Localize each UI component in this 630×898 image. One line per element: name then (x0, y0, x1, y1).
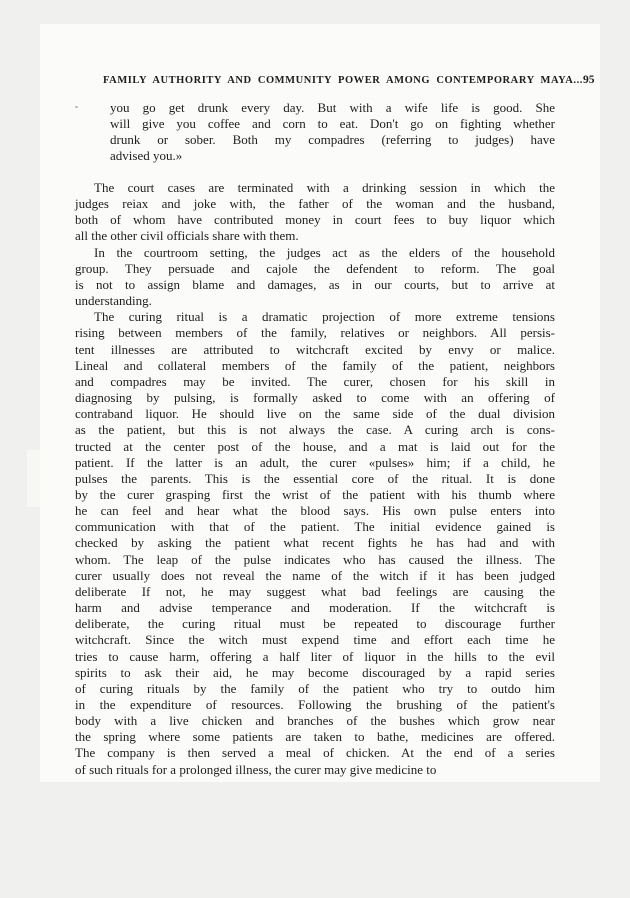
text-line: deliberate If not, he may suggest what b… (75, 584, 555, 600)
text-line: you go get drunk every day. But with a w… (110, 100, 555, 116)
text-line: witchcraft. Since the witch must expend … (75, 632, 555, 648)
text-line: communication with that of the patient. … (75, 519, 555, 535)
text-line: harm and advise temperance and moderatio… (75, 600, 555, 616)
text-line: is not to assign blame and damages, as i… (75, 277, 555, 293)
text-line: The court cases are terminated with a dr… (75, 180, 555, 196)
speckle-artifact (75, 106, 78, 108)
text-line: In the courtroom setting, the judges act… (75, 245, 555, 261)
text-line: judges reiax and joke with, the father o… (75, 196, 555, 212)
text-line: tent illnesses are attributed to witchcr… (75, 342, 555, 358)
text-line: The curing ritual is a dramatic projecti… (75, 309, 555, 325)
text-line: drunk or sober. Both my compadres (refer… (110, 132, 555, 148)
text-line: diagnosing by pulsing, is formally asked… (75, 390, 555, 406)
running-header: FAMILY AUTHORITY AND COMMUNITY POWER AMO… (103, 74, 555, 86)
text-line: group. They persuade and cajole the defe… (75, 261, 555, 277)
scan-background: FAMILY AUTHORITY AND COMMUNITY POWER AMO… (0, 0, 630, 898)
body-text: The court cases are terminated with a dr… (75, 180, 555, 778)
text-line: rising between members of the family, re… (75, 325, 555, 341)
header-title: FAMILY AUTHORITY AND COMMUNITY POWER AMO… (103, 75, 583, 86)
text-line: all the other civil officials share with… (75, 228, 555, 244)
text-line: as the patient, but this is not always t… (75, 422, 555, 438)
text-line: and compadres may be invited. The curer,… (75, 374, 555, 390)
text-line: understanding. (75, 293, 555, 309)
text-line: both of whom have contributed money in c… (75, 212, 555, 228)
text-line: checked by asking the patient what recen… (75, 535, 555, 551)
text-line: of curing rituals by the family of the p… (75, 681, 555, 697)
text-line: The company is then served a meal of chi… (75, 745, 555, 761)
text-line: of such rituals for a prolonged illness,… (75, 762, 555, 778)
text-line: deliberate, the curing ritual must be re… (75, 616, 555, 632)
paragraph: The curing ritual is a dramatic projecti… (75, 309, 555, 778)
text-line: body with a live chicken and branches of… (75, 713, 555, 729)
text-line: patient. If the latter is an adult, the … (75, 455, 555, 471)
text-line: contraband liquor. He should live on the… (75, 406, 555, 422)
text-line: will give you coffee and corn to eat. Do… (110, 116, 555, 132)
page-number: 95 (583, 74, 595, 86)
block-quote: you go get drunk every day. But with a w… (110, 100, 555, 164)
text-line: advised you.» (110, 148, 555, 164)
text-line: Lineal and collateral members of the fam… (75, 358, 555, 374)
page: FAMILY AUTHORITY AND COMMUNITY POWER AMO… (40, 24, 600, 782)
text-line: the spring where some patients are taken… (75, 729, 555, 745)
text-line: curer usually does not reveal the name o… (75, 568, 555, 584)
text-line: tries to cause harm, offering a half lit… (75, 649, 555, 665)
text-line: whom. The leap of the pulse indicates wh… (75, 552, 555, 568)
paragraph: In the courtroom setting, the judges act… (75, 245, 555, 310)
text-line: tructed at the center post of the house,… (75, 439, 555, 455)
text-line: pulses the parents. This is the essentia… (75, 471, 555, 487)
text-line: by the curer grasping first the wrist of… (75, 487, 555, 503)
text-line: he can feel and hear what the blood says… (75, 503, 555, 519)
text-line: in the expenditure of resources. Followi… (75, 697, 555, 713)
paragraph: The court cases are terminated with a dr… (75, 180, 555, 245)
text-line: spirits to ask their aid, he may become … (75, 665, 555, 681)
